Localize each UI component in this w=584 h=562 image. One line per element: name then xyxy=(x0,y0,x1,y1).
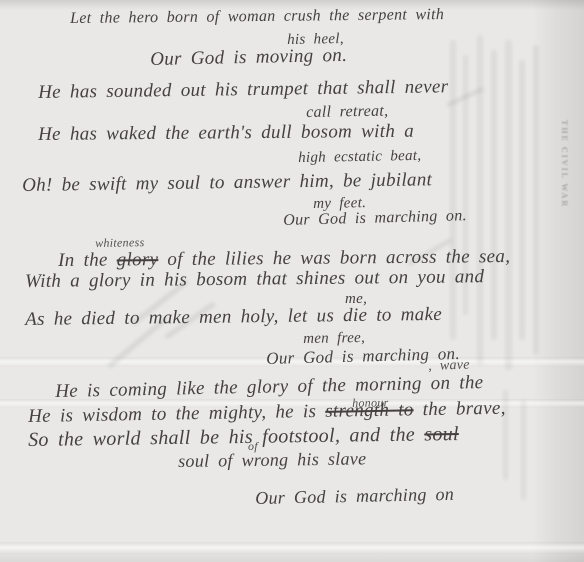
struck-word: soul xyxy=(424,423,459,445)
manuscript-line: high ecstatic beat, xyxy=(298,148,422,167)
line-text: He is wisdom to the mighty, he is xyxy=(28,401,325,427)
struck-word: glory xyxy=(117,249,159,270)
manuscript-line refrain: Our God is moving on. xyxy=(150,45,347,71)
line-text: So the world shall be his footstool, and… xyxy=(28,423,424,451)
manuscript-line: He has sounded out his trumpet that shal… xyxy=(38,76,449,104)
line-text: men free, xyxy=(303,330,365,347)
manuscript-line: Oh! be swift my soul to answer him, be j… xyxy=(22,169,432,197)
bleedthrough-smudge xyxy=(491,50,497,340)
bleedthrough-smudge xyxy=(505,40,512,370)
line-text: In the xyxy=(58,249,117,271)
line-text: whiteness xyxy=(95,235,145,250)
line-text: Our God is marching on xyxy=(255,484,454,508)
fold-crease xyxy=(0,542,584,554)
line-text: the brave, xyxy=(413,398,505,421)
manuscript-line refrain: Our God is marching on xyxy=(255,484,454,509)
line-text: Let the hero born of woman crush the ser… xyxy=(70,6,444,27)
manuscript-page: THE CIVIL WAR Let the hero born of woman… xyxy=(0,0,584,562)
bleedthrough-smudge xyxy=(450,40,456,340)
line-text: With a glory in his bosom that shines ou… xyxy=(25,266,484,292)
line-text: He has waked the earth's dull bosom with… xyxy=(38,121,414,145)
line-text: Our God is moving on. xyxy=(150,45,347,70)
bleedthrough-smudge xyxy=(519,60,525,340)
manuscript-line: Let the hero born of woman crush the ser… xyxy=(70,6,444,28)
bleedthrough-smudge xyxy=(533,45,539,355)
page-edge-shading-bottom xyxy=(0,548,584,562)
manuscript-line: soul of wrong his slave xyxy=(178,448,367,472)
manuscript-line: He has waked the earth's dull bosom with… xyxy=(38,121,414,146)
bleedthrough-caption: THE CIVIL WAR xyxy=(560,120,569,208)
bleedthrough-smudge xyxy=(446,87,484,108)
bleedthrough-smudge xyxy=(477,35,483,365)
line-text: As he died to make men holy, let us die … xyxy=(25,304,442,330)
struck-word: strength to xyxy=(325,399,414,422)
manuscript-line: call retreat, xyxy=(306,103,389,122)
manuscript-line: So the world shall be his footstool, and… xyxy=(28,423,459,452)
line-text: soul of wrong his slave xyxy=(178,448,367,471)
manuscript-line: As he died to make men holy, let us die … xyxy=(25,304,442,331)
line-text: He has sounded out his trumpet that shal… xyxy=(38,76,449,103)
manuscript-line: men free, xyxy=(303,330,365,348)
line-text: high ecstatic beat, xyxy=(298,148,422,166)
line-text: Oh! be swift my soul to answer him, be j… xyxy=(22,169,432,196)
bleedthrough-smudge xyxy=(521,400,526,500)
line-text: Our God is marching on. xyxy=(283,207,467,229)
line-text: He is coming like the glory of the morni… xyxy=(55,372,484,402)
page-edge-shading-right xyxy=(532,0,584,562)
manuscript-line refrain: Our God is marching on. xyxy=(283,207,467,230)
manuscript-line: With a glory in his bosom that shines ou… xyxy=(25,266,484,293)
line-text: call retreat, xyxy=(306,103,389,121)
